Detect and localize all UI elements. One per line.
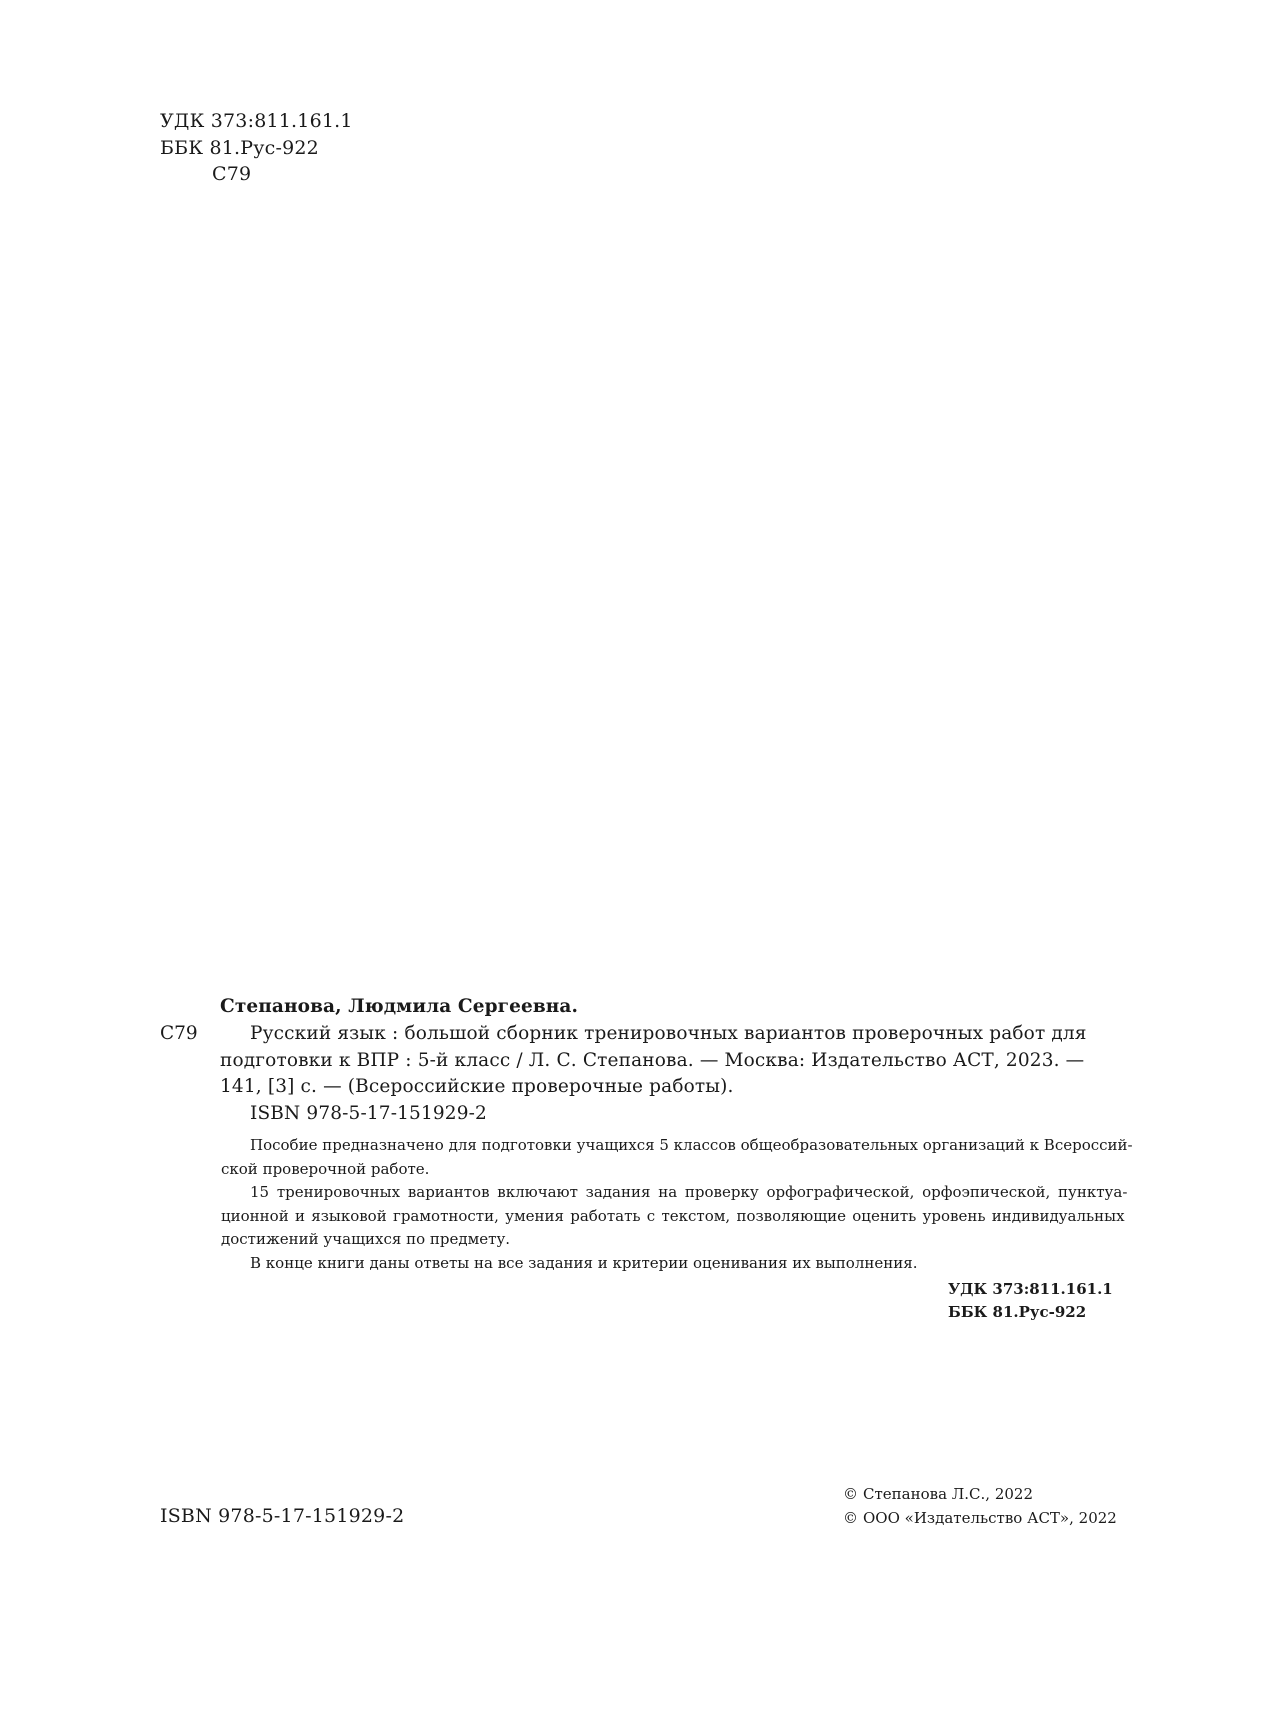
- bbk-code: ББК 81.Рус-922: [948, 1301, 1113, 1324]
- author-mark: С79: [160, 161, 353, 188]
- biblio-line: Русский язык : большой сборник тренирово…: [220, 1021, 1104, 1048]
- annotation-line: достижений учащихся по предмету.: [221, 1228, 1104, 1252]
- biblio-line: 141, [3] с. — (Всероссийские проверочные…: [220, 1074, 1104, 1101]
- footer-isbn: ISBN 978-5-17-151929-2: [160, 1503, 404, 1529]
- classification-codes-bottom: УДК 373:811.161.1 ББК 81.Рус-922: [948, 1278, 1113, 1324]
- bbk-code: ББК 81.Рус-922: [160, 135, 353, 162]
- annotation-line: В конце книги даны ответы на все задания…: [221, 1252, 1104, 1276]
- copyright-icon: ©: [843, 1482, 863, 1506]
- copyright-icon: ©: [843, 1506, 863, 1530]
- copyright-text: ООО «Издательство АСТ», 2022: [863, 1509, 1117, 1527]
- biblio-line: подготовки к ВПР : 5-й класс / Л. С. Сте…: [220, 1048, 1104, 1075]
- author-heading: Степанова, Людмила Сергеевна.: [220, 994, 1104, 1021]
- author-mark: С79: [160, 1021, 198, 1048]
- copyright-text: Степанова Л.С., 2022: [863, 1485, 1033, 1503]
- biblio-entry: С79 Русский язык : большой сборник трени…: [160, 1021, 1104, 1128]
- biblio-description: Русский язык : большой сборник тренирово…: [220, 1021, 1104, 1128]
- isbn: ISBN 978-5-17-151929-2: [220, 1101, 1104, 1128]
- annotation-line: 15 тренировочных вариантов включают зада…: [221, 1181, 1104, 1205]
- copyright-block: ©Степанова Л.С., 2022 ©ООО «Издательство…: [843, 1482, 1117, 1530]
- classification-codes-top: УДК 373:811.161.1 ББК 81.Рус-922 С79: [160, 108, 353, 188]
- bibliographic-record: Степанова, Людмила Сергеевна. С79 Русски…: [160, 994, 1104, 1128]
- udk-code: УДК 373:811.161.1: [160, 108, 353, 135]
- udk-code: УДК 373:811.161.1: [948, 1278, 1113, 1301]
- annotation-line: ской проверочной работе.: [221, 1158, 1104, 1182]
- copyright-line: ©Степанова Л.С., 2022: [843, 1482, 1117, 1506]
- copyright-line: ©ООО «Издательство АСТ», 2022: [843, 1506, 1117, 1530]
- annotation-line: ционной и языковой грамотности, умения р…: [221, 1205, 1104, 1229]
- annotation-line: Пособие предназначено для подготовки уча…: [221, 1134, 1104, 1158]
- annotation: Пособие предназначено для подготовки уча…: [221, 1134, 1104, 1275]
